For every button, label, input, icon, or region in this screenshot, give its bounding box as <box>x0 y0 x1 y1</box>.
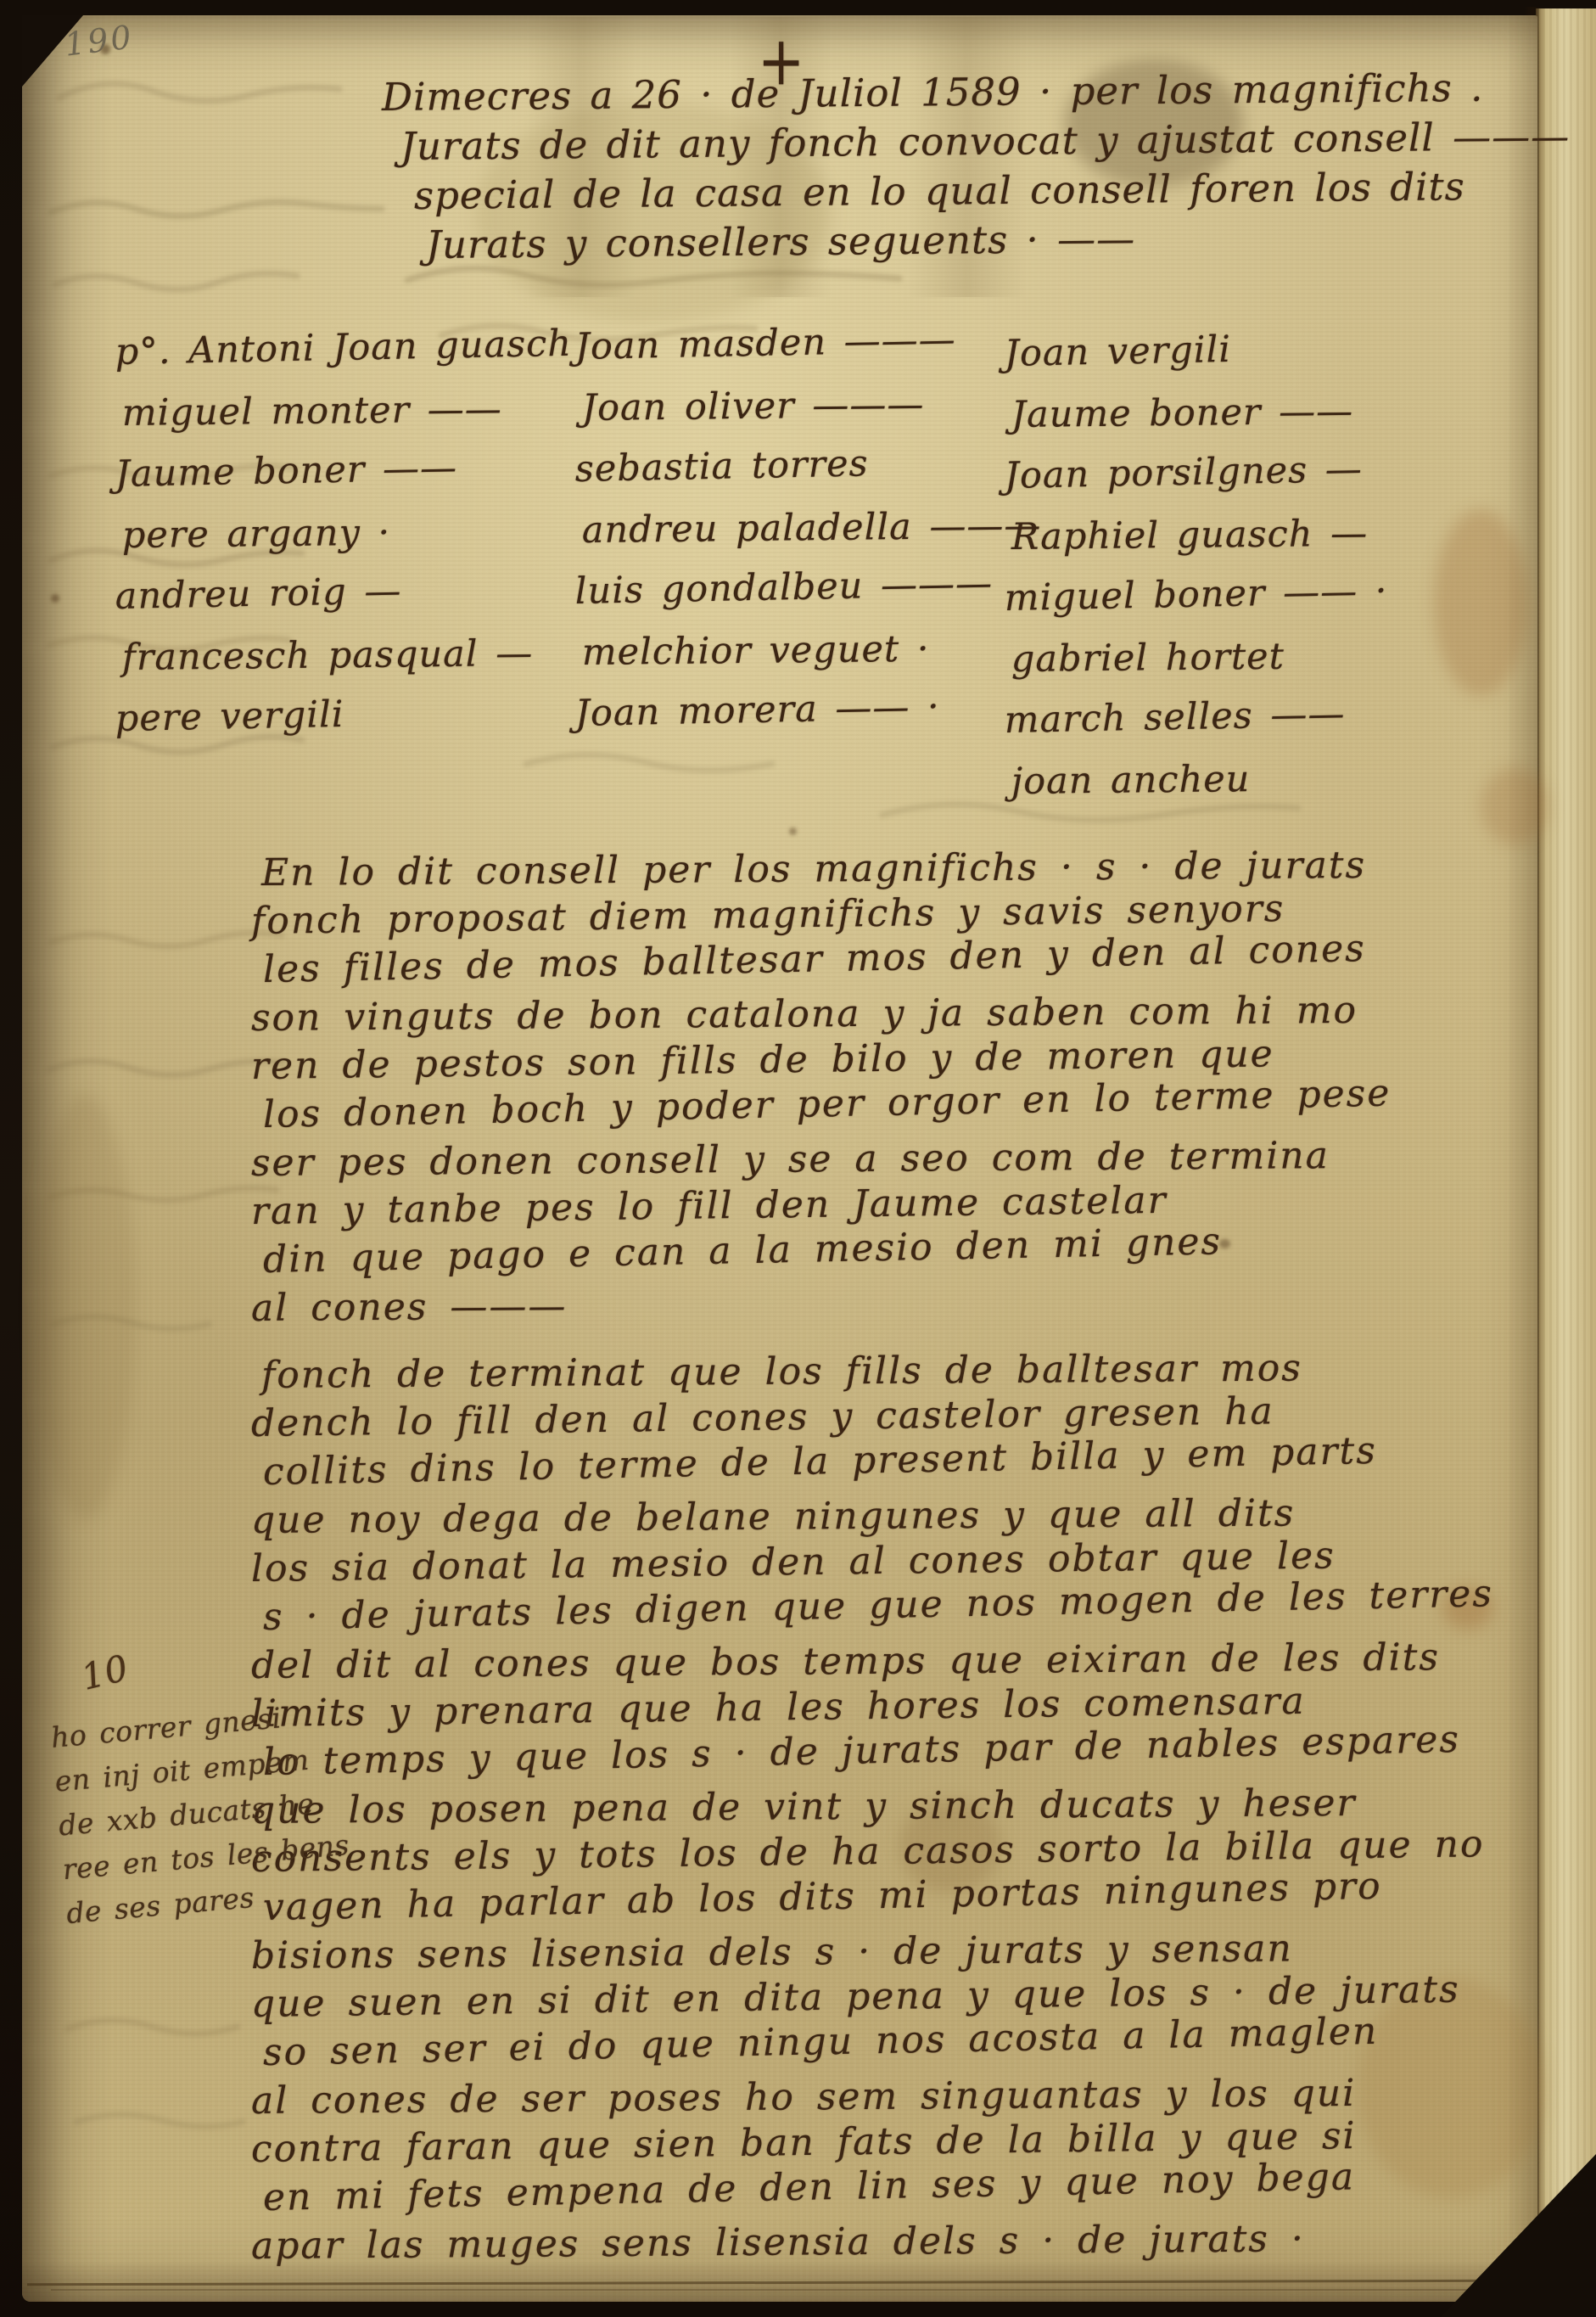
attendee-name: joan ancheu <box>1011 756 1388 822</box>
attendee-name: luis gondalbeu ——— <box>574 561 1042 631</box>
session-header: Dimecres a 26 · de Juliol 1589 · per los… <box>382 73 1570 270</box>
attendee-name: miguel boner —— · <box>1004 569 1388 638</box>
speck <box>789 827 797 835</box>
attendee-name: Joan morera —— · <box>574 683 1042 754</box>
stain <box>1434 509 1527 696</box>
bottom-fold-crease <box>51 2289 1493 2291</box>
attendee-name: pere argany · <box>122 509 573 575</box>
attendee-name: p°. Antoni Joan guasch <box>115 323 573 392</box>
attendee-name: Joan masden ——— <box>574 317 1042 387</box>
attendee-name: andreu roig — <box>115 567 573 637</box>
attendee-name: gabriel hortet <box>1011 634 1388 699</box>
stain <box>1481 768 1548 844</box>
body-paragraph-proposal: En lo dit consell per los magnifichs · s… <box>251 849 1588 1332</box>
attendee-column-2: Joan masden ——— Joan oliver ——— sebastia… <box>575 326 1042 754</box>
manuscript-scan: 190 + Dimecres a 26 · de Juliol 1589 · p… <box>0 0 1596 2317</box>
body-paragraph-resolution: fonch de terminat que los fills de ballt… <box>251 1351 1588 2270</box>
attendee-name: miguel monter —— <box>122 387 573 453</box>
attendee-name: Joan vergili <box>1004 325 1388 394</box>
attendee-column-1: p°. Antoni Joan guasch miguel monter —— … <box>115 331 572 759</box>
attendee-name: Jaume boner —— <box>115 445 573 514</box>
attendee-name: andreu paladella ——— <box>582 504 1042 570</box>
attendee-column-3: Joan vergili Jaume boner —— Joan porsilg… <box>1005 333 1388 822</box>
body-line: al cones ——— <box>251 1275 1588 1332</box>
header-line: Jurats y consellers seguents · —— <box>426 210 1571 270</box>
attendee-name: melchior veguet · <box>582 626 1042 693</box>
speck <box>51 594 59 603</box>
attendee-name: sebastia torres <box>574 439 1042 509</box>
attendee-name: pere vergili <box>115 689 573 759</box>
attendee-name: Raphiel guasch — <box>1011 512 1388 577</box>
attendee-name: Joan oliver ——— <box>582 382 1042 448</box>
margin-note: ho correr gnesi en inj oit empem de xxb … <box>49 1691 355 1936</box>
body-line: apar las muges sens lisensia dels s · de… <box>251 2213 1588 2270</box>
stain <box>34 1095 136 1519</box>
attendee-name: Jaume boner —— <box>1011 390 1388 455</box>
attendee-name: march selles —— <box>1004 692 1388 760</box>
attendee-name: francesch pasqual — <box>122 631 573 698</box>
attendee-name: Joan porsilgnes — <box>1004 447 1388 516</box>
